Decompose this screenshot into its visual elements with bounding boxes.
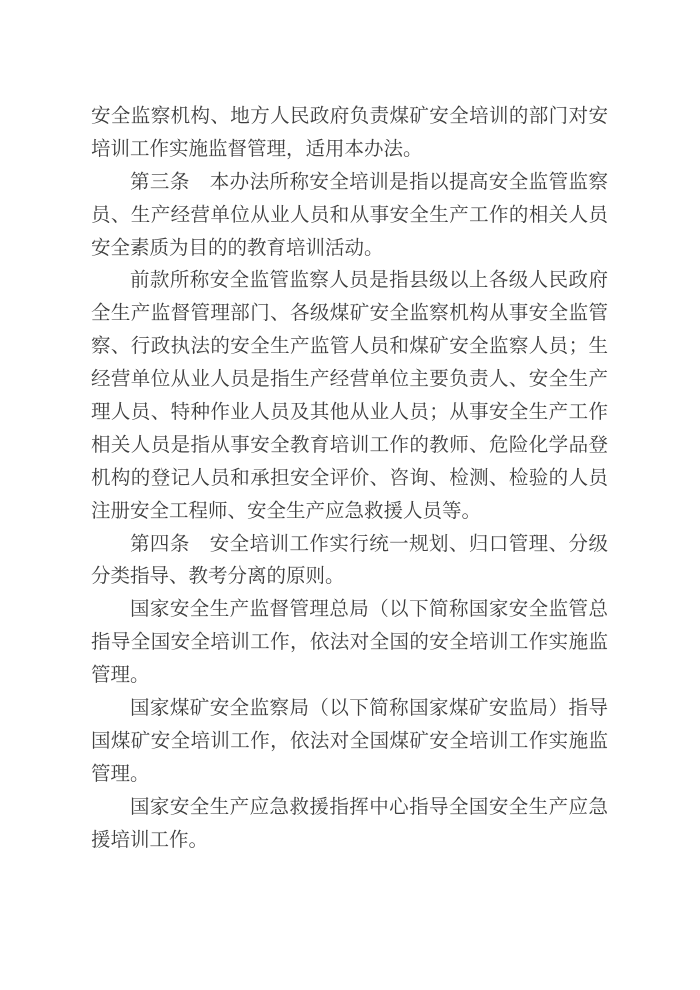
text-line: 管理。 (91, 758, 608, 791)
text-line: 安全素质为目的的教育培训活动。 (91, 232, 608, 265)
text-line: 经营单位从业人员是指生产经营单位主要负责人、安全生产管 (91, 363, 608, 396)
text-line: 注册安全工程师、安全生产应急救援人员等。 (91, 495, 608, 528)
text-line: 理人员、特种作业人员及其他从业人员；从事安全生产工作的 (91, 396, 608, 429)
text-line: 员、生产经营单位从业人员和从事安全生产工作的相关人员的 (91, 199, 608, 232)
text-line: 安全监察机构、地方人民政府负责煤矿安全培训的部门对安全 (91, 100, 608, 133)
text-line: 国家安全生产监督管理总局（以下简称国家安全监管总局） (91, 593, 608, 626)
text-line: 培训工作实施监督管理，适用本办法。 (91, 133, 608, 166)
document-page: 安全监察机构、地方人民政府负责煤矿安全培训的部门对安全培训工作实施监督管理，适用… (0, 0, 700, 990)
text-block: 安全监察机构、地方人民政府负责煤矿安全培训的部门对安全培训工作实施监督管理，适用… (91, 100, 608, 856)
text-line: 国煤矿安全培训工作，依法对全国煤矿安全培训工作实施监督 (91, 725, 608, 758)
text-line: 第三条 本办法所称安全培训是指以提高安全监管监察人 (91, 166, 608, 199)
text-line: 察、行政执法的安全生产监管人员和煤矿安全监察人员；生产 (91, 330, 608, 363)
text-line: 机构的登记人员和承担安全评价、咨询、检测、检验的人员及 (91, 462, 608, 495)
text-line: 指导全国安全培训工作，依法对全国的安全培训工作实施监督 (91, 626, 608, 659)
text-line: 分类指导、教考分离的原则。 (91, 560, 608, 593)
text-line: 第四条 安全培训工作实行统一规划、归口管理、分级实施、 (91, 528, 608, 561)
text-line: 国家煤矿安全监察局（以下简称国家煤矿安监局）指导全 (91, 692, 608, 725)
text-line: 国家安全生产应急救援指挥中心指导全国安全生产应急救 (91, 791, 608, 824)
text-line: 全生产监督管理部门、各级煤矿安全监察机构从事安全监管监 (91, 297, 608, 330)
text-line: 管理。 (91, 659, 608, 692)
text-line: 前款所称安全监管监察人员是指县级以上各级人民政府安 (91, 264, 608, 297)
text-line: 援培训工作。 (91, 824, 608, 857)
text-line: 相关人员是指从事安全教育培训工作的教师、危险化学品登记 (91, 429, 608, 462)
